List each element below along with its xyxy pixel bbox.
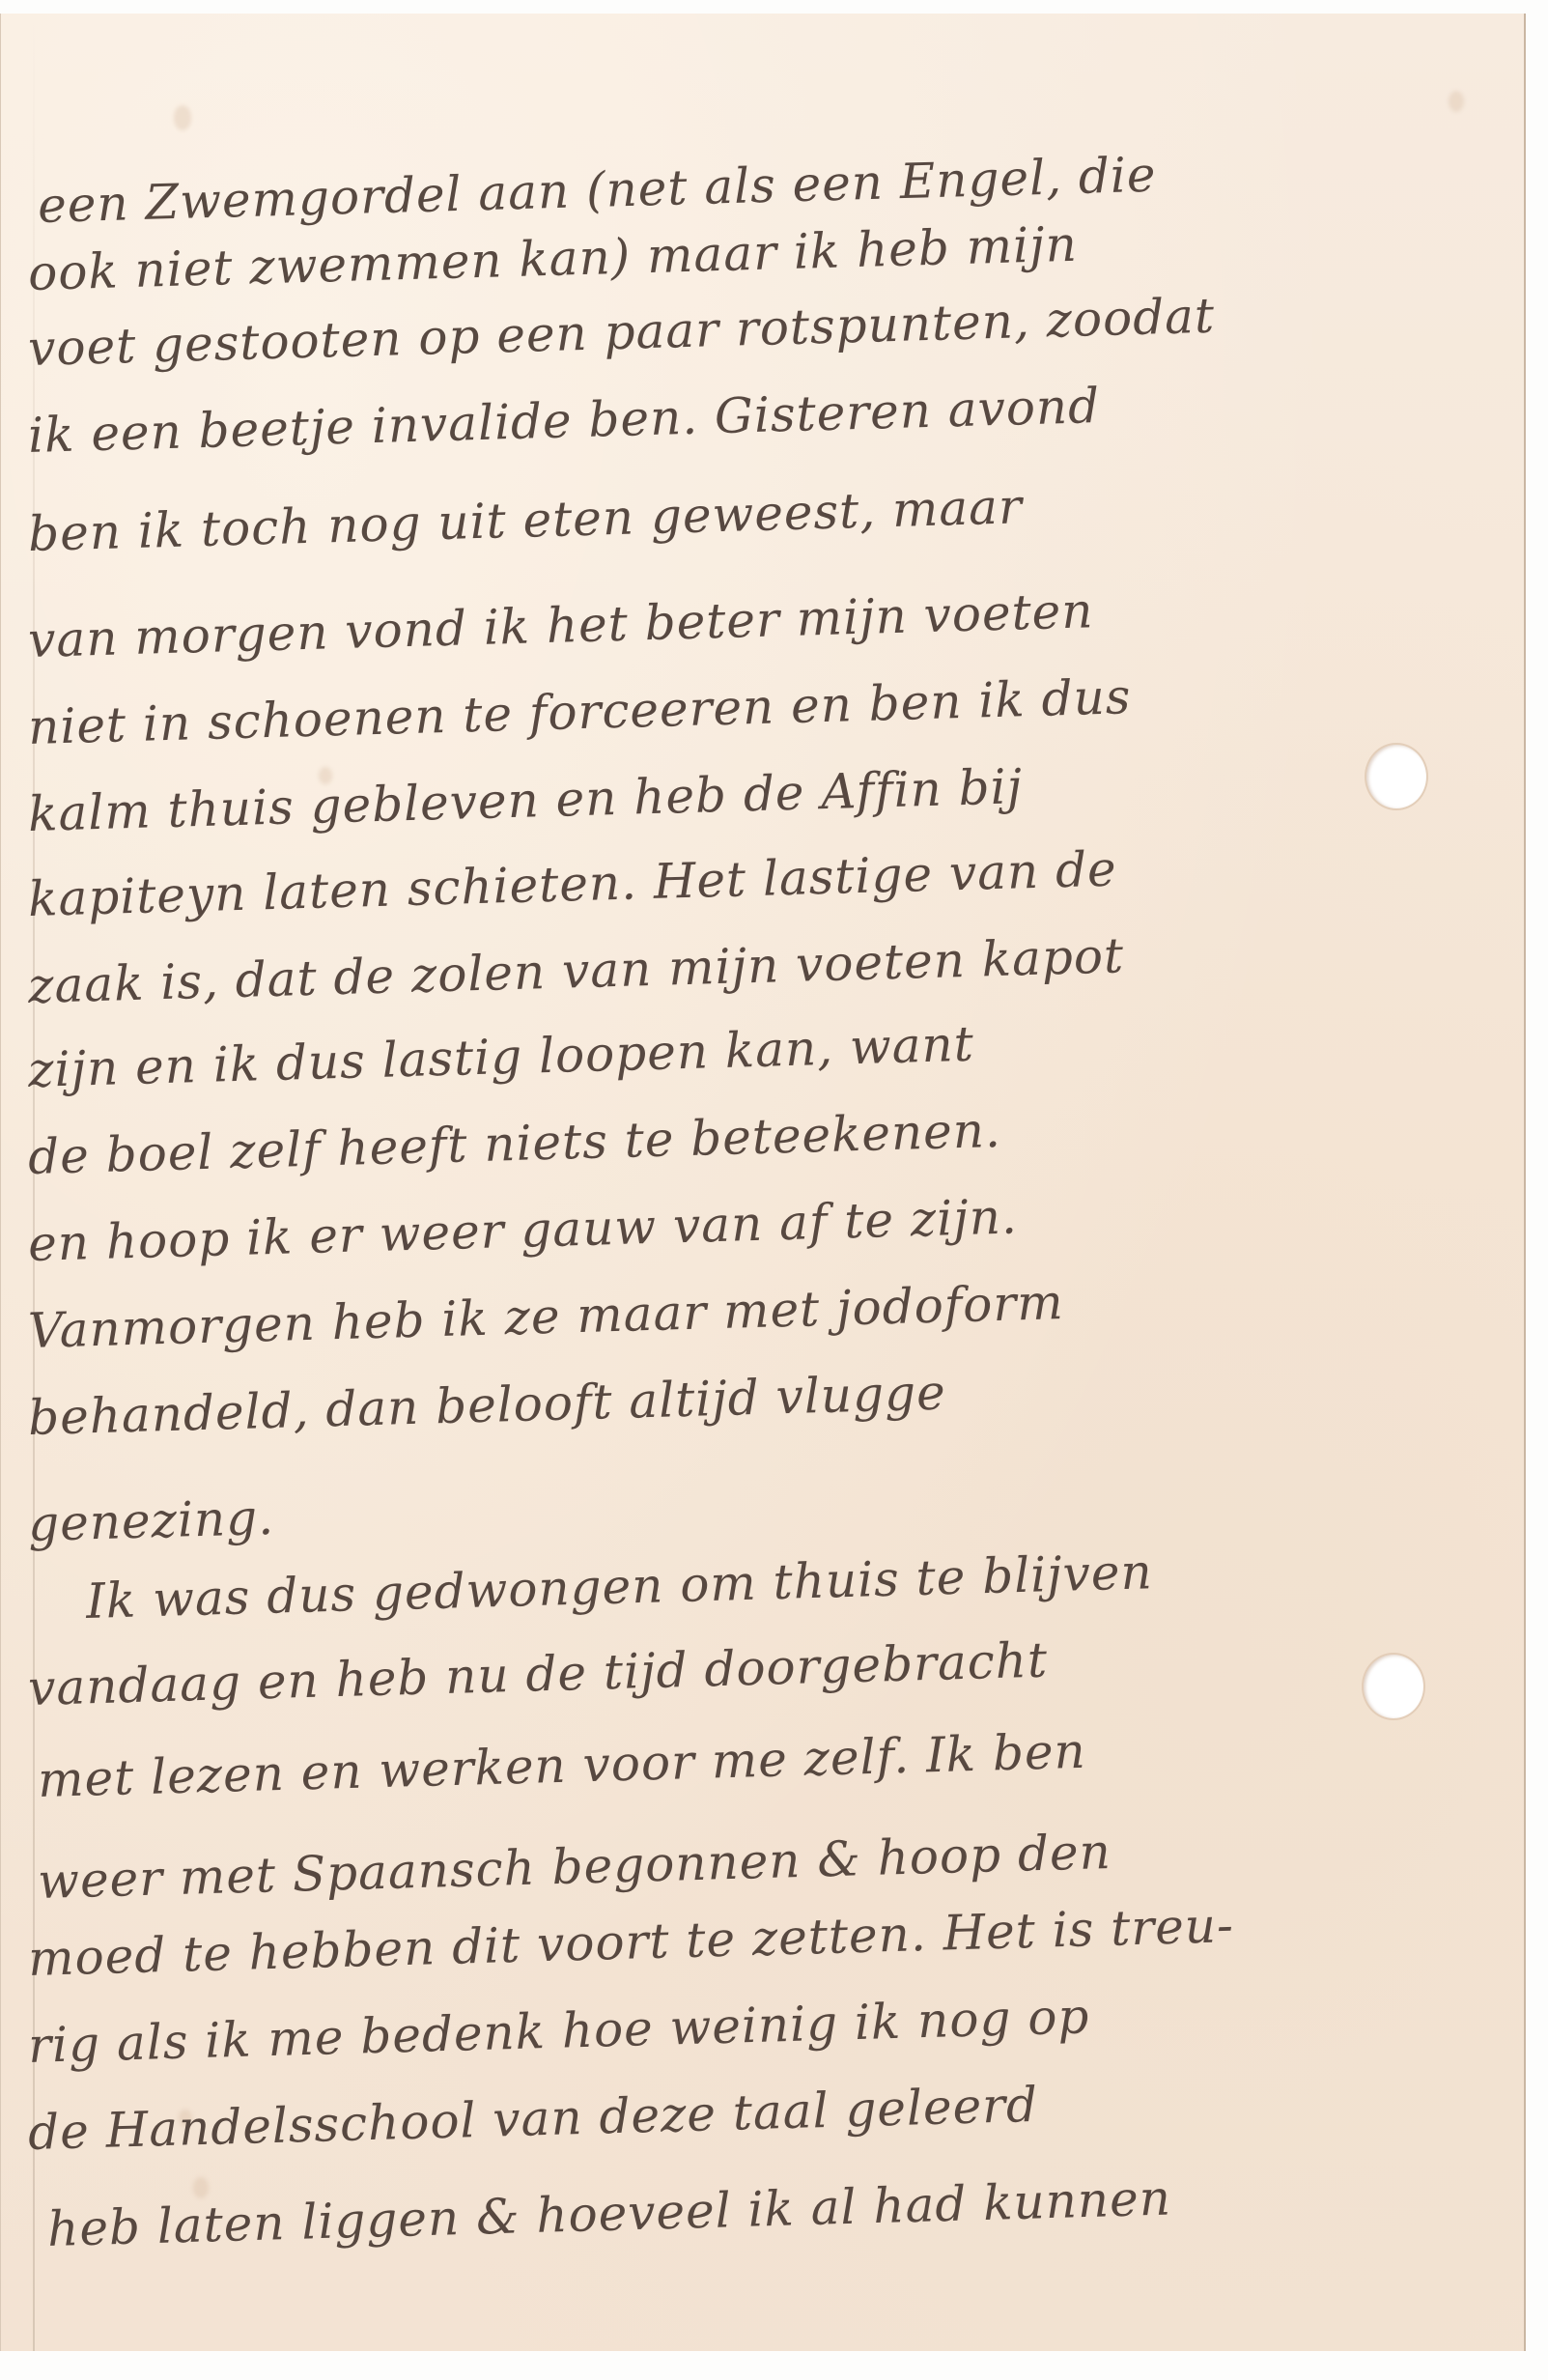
handwritten-line: de boel zelf heeft niets te beteekenen.	[27, 1102, 1001, 1185]
handwritten-line: zaak is, dat de zolen van mijn voeten ka…	[27, 927, 1124, 1014]
handwritten-line: de Handelsschool van deze taal geleerd	[27, 2077, 1038, 2161]
handwritten-line: vandaag en heb nu de tijd doorgebracht	[27, 1632, 1048, 1716]
handwritten-line: genezing.	[27, 1489, 274, 1552]
handwritten-line: ben ik toch nog uit eten geweest, maar	[27, 478, 1023, 562]
handwritten-line: kalm thuis gebleven en heb de Affin bij	[27, 758, 1023, 842]
handwritten-line: heb laten liggen & hoeveel ik al had kun…	[46, 2170, 1171, 2257]
punch-hole	[1366, 745, 1426, 808]
letter-page: een Zwemgordel aan (net als een Engel, d…	[0, 14, 1526, 2351]
handwritten-line: voet gestooten op een paar rotspunten, z…	[27, 288, 1215, 377]
handwritten-line: kapiteyn laten schieten. Het lastige van…	[27, 841, 1117, 927]
handwritten-line: ik een beetje invalide ben. Gisteren avo…	[27, 378, 1100, 464]
paper-stain	[193, 2177, 209, 2198]
handwritten-line: rig als ik me bedenk hoe weinig ik nog o…	[27, 1988, 1090, 2074]
paper-stain	[1449, 91, 1464, 112]
handwritten-line: met lezen en werken voor me zelf. Ik ben	[37, 1723, 1086, 1808]
punch-hole	[1364, 1655, 1423, 1718]
handwritten-line: behandeld, dan belooft altijd vlugge	[27, 1364, 946, 1446]
handwritten-line: Ik was dus gedwongen om thuis te blijven	[85, 1544, 1153, 1629]
handwritten-line: Vanmorgen heb ik ze maar met jodoform	[27, 1274, 1064, 1359]
handwritten-line: niet in schoenen te forceeren en ben ik …	[27, 668, 1132, 755]
paper-right-edge	[1524, 14, 1526, 2351]
handwritten-line: en hoop ik er weer gauw van af te zijn.	[27, 1188, 1018, 1272]
handwritten-line: weer met Spaansch begonnen & hoop den	[37, 1824, 1112, 1910]
handwritten-line: van morgen vond ik het beter mijn voeten	[27, 582, 1094, 668]
paper-stain	[174, 105, 191, 130]
handwritten-line: moed te hebben dit voort te zetten. Het …	[27, 1897, 1234, 1987]
handwritten-line: zijn en ik dus lastig loopen kan, want	[27, 1016, 974, 1098]
